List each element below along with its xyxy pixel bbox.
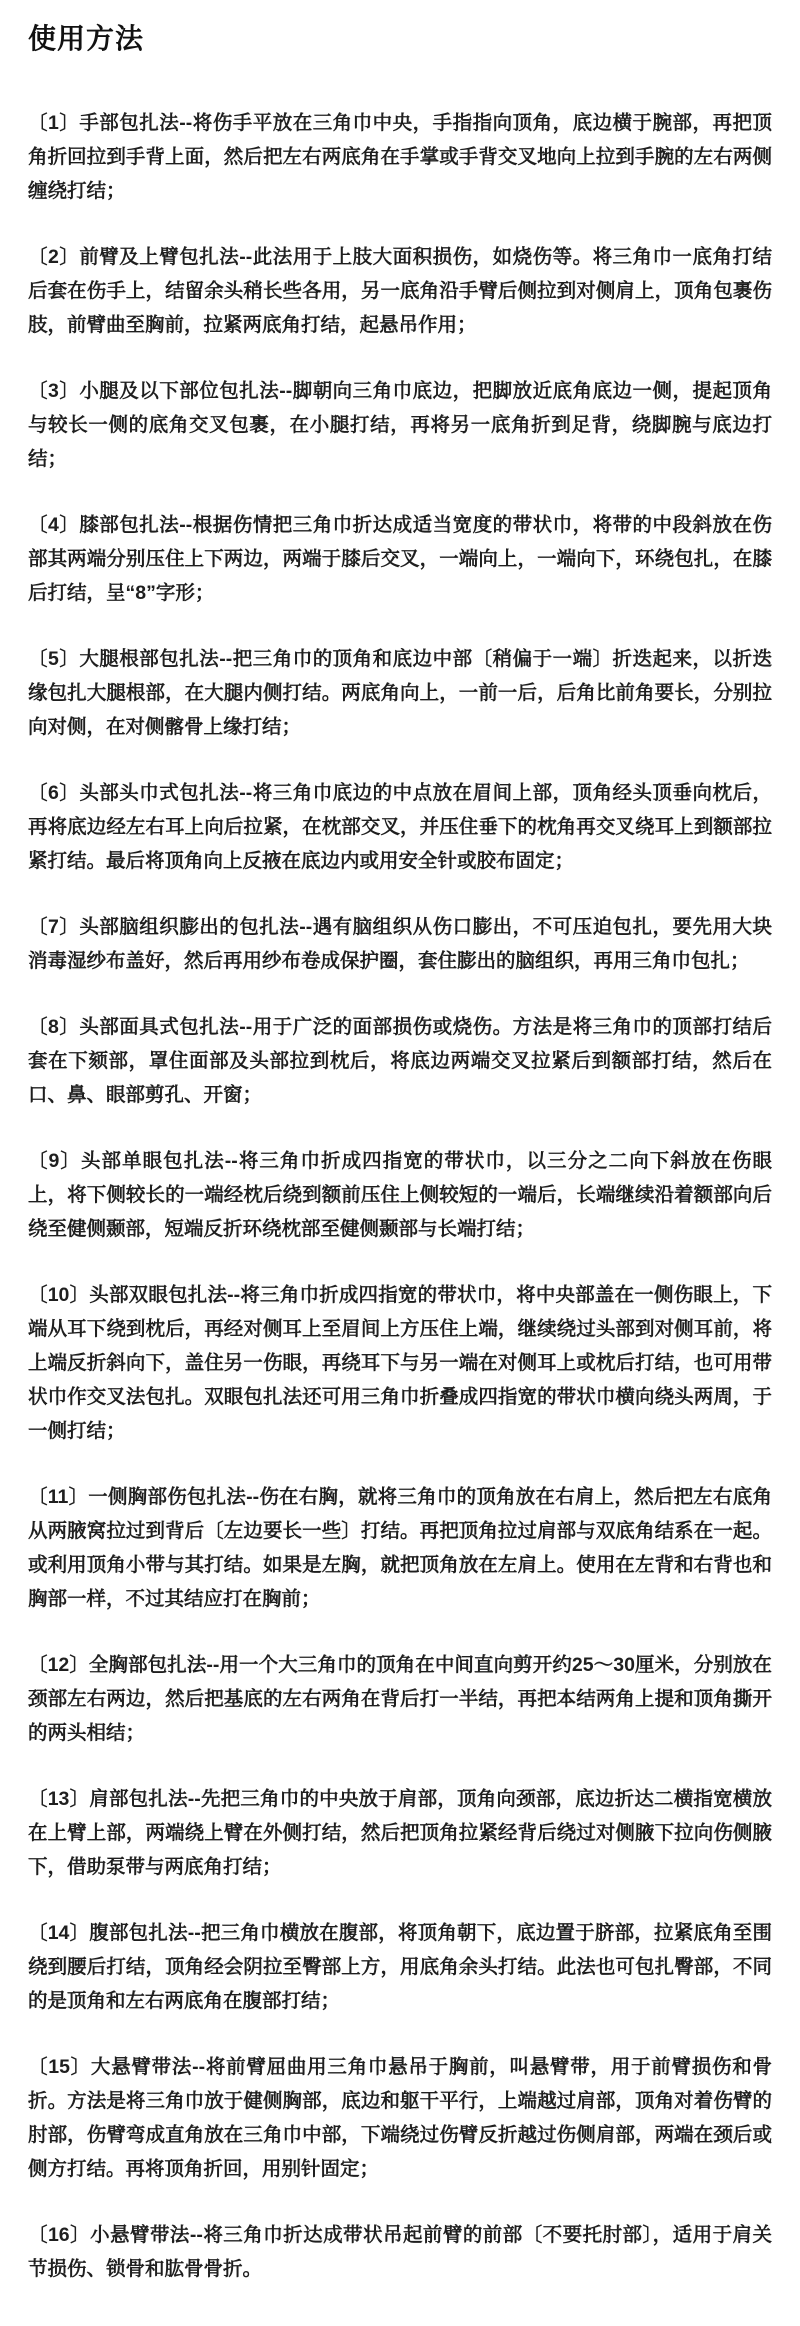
paragraph-12: 〔12〕全胸部包扎法--用一个大三角巾的顶角在中间直向剪开约25～30厘米，分别… bbox=[28, 1648, 772, 1750]
paragraph-6: 〔6〕头部头巾式包扎法--将三角巾底边的中点放在眉间上部，顶角经头顶垂向枕后，再… bbox=[28, 776, 772, 878]
paragraph-1: 〔1〕手部包扎法--将伤手平放在三角巾中央，手指指向顶角，底边横于腕部，再把顶角… bbox=[28, 106, 772, 208]
paragraph-8: 〔8〕头部面具式包扎法--用于广泛的面部损伤或烧伤。方法是将三角巾的顶部打结后套… bbox=[28, 1010, 772, 1112]
paragraph-10: 〔10〕头部双眼包扎法--将三角巾折成四指宽的带状巾，将中央部盖在一侧伤眼上，下… bbox=[28, 1278, 772, 1448]
paragraph-13: 〔13〕肩部包扎法--先把三角巾的中央放于肩部，顶角向颈部，底边折达二横指宽横放… bbox=[28, 1782, 772, 1884]
paragraph-9: 〔9〕头部单眼包扎法--将三角巾折成四指宽的带状巾，以三分之二向下斜放在伤眼上，… bbox=[28, 1144, 772, 1246]
paragraph-14: 〔14〕腹部包扎法--把三角巾横放在腹部，将顶角朝下，底边置于脐部，拉紧底角至围… bbox=[28, 1916, 772, 2018]
paragraph-5: 〔5〕大腿根部包扎法--把三角巾的顶角和底边中部〔稍偏于一端〕折迭起来，以折迭缘… bbox=[28, 642, 772, 744]
paragraph-3: 〔3〕小腿及以下部位包扎法--脚朝向三角巾底边，把脚放近底角底边一侧，提起顶角与… bbox=[28, 374, 772, 476]
paragraph-4: 〔4〕膝部包扎法--根据伤情把三角巾折达成适当宽度的带状巾，将带的中段斜放在伤部… bbox=[28, 508, 772, 610]
paragraph-15: 〔15〕大悬臂带法--将前臂屈曲用三角巾悬吊于胸前，叫悬臂带，用于前臂损伤和骨折… bbox=[28, 2050, 772, 2186]
paragraph-7: 〔7〕头部脑组织膨出的包扎法--遇有脑组织从伤口膨出，不可压迫包扎，要先用大块消… bbox=[28, 910, 772, 978]
document-body: 〔1〕手部包扎法--将伤手平放在三角巾中央，手指指向顶角，底边横于腕部，再把顶角… bbox=[28, 106, 772, 2286]
paragraph-16: 〔16〕小悬臂带法--将三角巾折达成带状吊起前臂的前部〔不要托肘部〕，适用于肩关… bbox=[28, 2218, 772, 2286]
document-page: 使用方法 〔1〕手部包扎法--将伤手平放在三角巾中央，手指指向顶角，底边横于腕部… bbox=[0, 0, 800, 2326]
page-title: 使用方法 bbox=[28, 22, 772, 56]
paragraph-2: 〔2〕前臂及上臂包扎法--此法用于上肢大面积损伤，如烧伤等。将三角巾一底角打结后… bbox=[28, 240, 772, 342]
paragraph-11: 〔11〕一侧胸部伤包扎法--伤在右胸，就将三角巾的顶角放在右肩上，然后把左右底角… bbox=[28, 1480, 772, 1616]
